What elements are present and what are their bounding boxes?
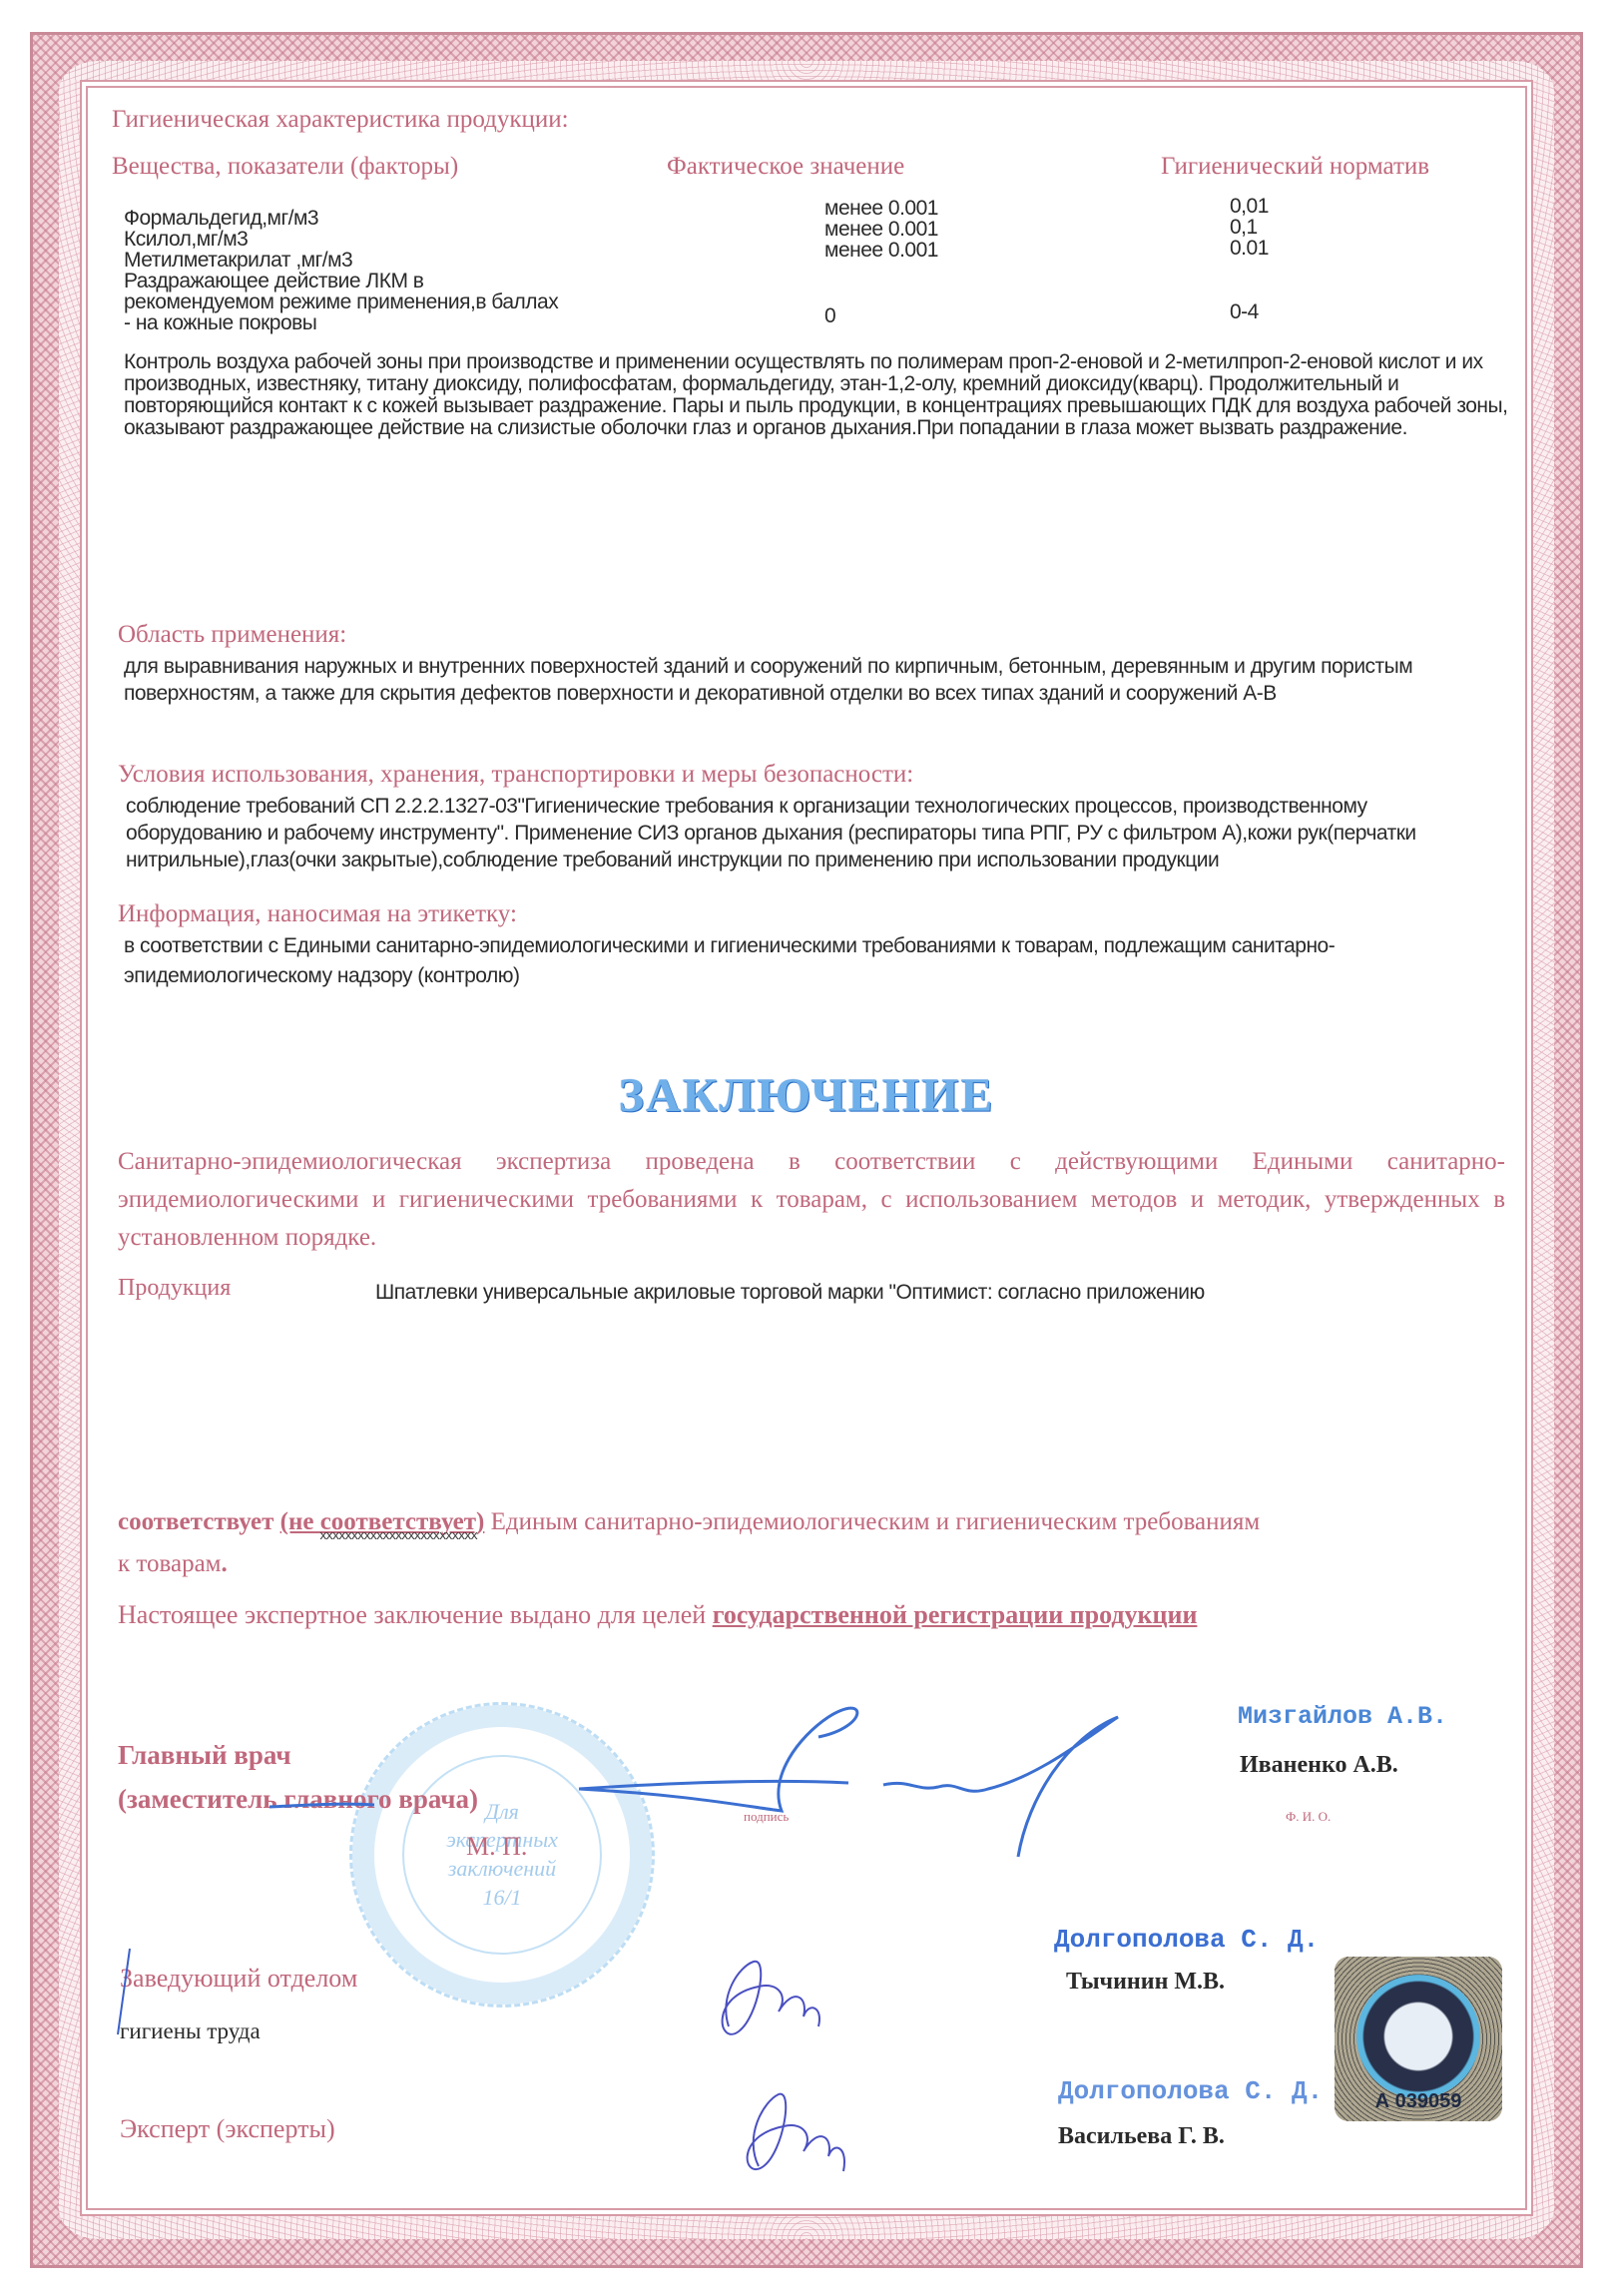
- col-header-norm: Гигиенический норматив: [1161, 153, 1429, 181]
- factor-cell: Раздражающее действие ЛКМ в: [124, 271, 423, 292]
- head-name: Тычинин М.В.: [1066, 1969, 1225, 1996]
- actual-cell: менее 0.001: [824, 219, 938, 241]
- compliance-rest-2-text: к товарам: [118, 1550, 221, 1577]
- purpose-statement: Настоящее экспертное заключение выдано д…: [118, 1600, 1197, 1630]
- norm-cell: 0,1: [1230, 217, 1258, 239]
- product-label: Продукция: [118, 1275, 231, 1302]
- purpose-value: государственной регистрации продукции: [713, 1600, 1198, 1629]
- compliance-statement: соответствует (не соответствует) Единым …: [118, 1508, 1260, 1536]
- actual-cell: 0: [824, 305, 835, 327]
- expert-title: Эксперт (эксперты): [120, 2114, 335, 2144]
- conditions-heading: Условия использования, хранения, транспо…: [118, 761, 913, 789]
- compliance-rest: Единым санитарно-эпидемиологическим и ги…: [484, 1508, 1260, 1535]
- expert-name: Васильева Г. В.: [1058, 2123, 1225, 2150]
- scope-text: для выравнивания наружных и внутренних п…: [124, 653, 1511, 707]
- fio-caption: Ф. И. О.: [1286, 1809, 1331, 1825]
- hygiene-notes: Контроль воздуха рабочей зоны при произв…: [124, 351, 1511, 439]
- product-value: Шпатлевки универсальные акриловые торгов…: [375, 1281, 1205, 1304]
- hygiene-heading: Гигиеническая характеристика продукции:: [112, 106, 569, 134]
- purpose-prefix: Настоящее экспертное заключение выдано д…: [118, 1600, 713, 1629]
- head-signature-icon: [699, 1957, 838, 2046]
- factor-cell: Формальдегид,мг/м3: [124, 208, 318, 230]
- chief-facsimile-stamp: Мизгайлов А.В.: [1238, 1702, 1447, 1731]
- complies-option: соответствует: [118, 1508, 273, 1535]
- col-header-factor: Вещества, показатели (факторы): [112, 153, 458, 181]
- chief-name: Иваненко А.В.: [1240, 1752, 1398, 1779]
- emblem-icon: [1356, 1975, 1480, 2098]
- factor-cell: Ксилол,мг/м3: [124, 229, 248, 251]
- margin-stroke-icon: [110, 1947, 150, 2036]
- conclusion-intro: Санитарно-эпидемиологическая экспертиза …: [118, 1143, 1505, 1257]
- norm-cell: 0-4: [1230, 301, 1259, 323]
- strike-mark: xxxxxxxxxxxxxxxxxxxxxxxxx: [319, 1528, 477, 1543]
- conditions-text: соблюдение требований СП 2.2.2.1327-03"Г…: [126, 793, 1493, 873]
- compliance-rest-2: к товарам.: [118, 1550, 228, 1578]
- actual-cell: менее 0.001: [824, 240, 938, 262]
- hologram-number: А 039059: [1335, 2090, 1502, 2113]
- factor-cell: рекомендуемом режиме применения,в баллах: [124, 291, 558, 313]
- factor-cell: - на кожные покровы: [124, 312, 316, 334]
- norm-cell: 0,01: [1230, 196, 1269, 218]
- expert-signature-icon: [719, 2086, 858, 2186]
- chief-signature-icon: [170, 1697, 1128, 1927]
- scope-heading: Область применения:: [118, 621, 346, 649]
- label-info-text: в соответствии с Едиными санитарно-эпиде…: [124, 931, 1521, 991]
- label-info-heading: Информация, наносимая на этикетку:: [118, 900, 517, 928]
- norm-cell: 0.01: [1230, 238, 1269, 260]
- col-header-actual: Фактическое значение: [667, 153, 904, 181]
- factor-cell: Метилметакрилат ,мг/м3: [124, 250, 352, 272]
- conclusion-title: ЗАКЛЮЧЕНИЕ: [0, 1068, 1613, 1123]
- actual-cell: менее 0.001: [824, 198, 938, 220]
- expert-facsimile-stamp: Долгополова С. Д.: [1058, 2076, 1323, 2106]
- hologram-seal: А 039059: [1335, 1957, 1502, 2121]
- head-facsimile-stamp: Долгополова С. Д.: [1054, 1925, 1319, 1955]
- head-title: Заведующий отделом: [120, 1964, 357, 1994]
